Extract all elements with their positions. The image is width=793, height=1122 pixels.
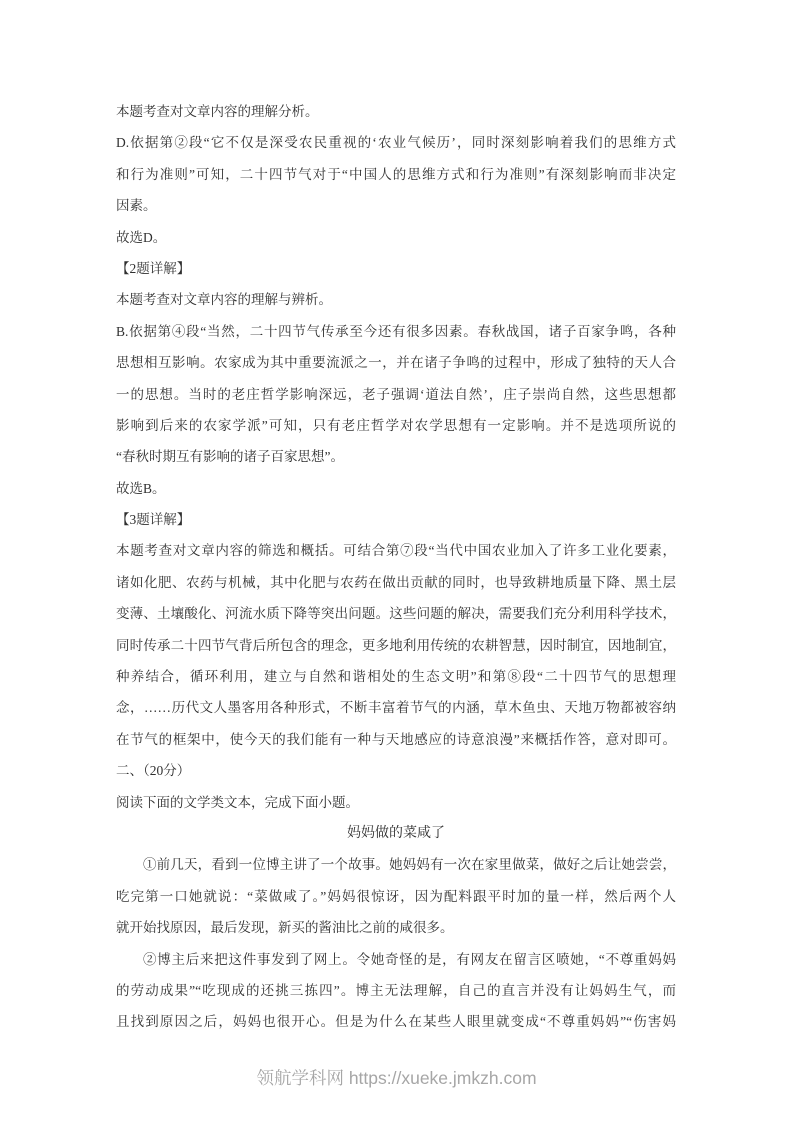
section-two-heading: 二、（20分） — [116, 755, 676, 786]
essay-paragraph-1-line: 就开始找原因，最后发现，新买的酱油比之前的咸很多。 — [116, 912, 676, 943]
option-b-analysis-line: “春秋时期互有影响的诸子百家思想”。 — [116, 441, 676, 472]
option-b-analysis-line: 影响到后来的农家学派”可知，只有老庄哲学对农学思想有一定影响。并不是选项所说的 — [116, 410, 676, 441]
option-d-analysis-line: 因素。 — [116, 190, 676, 221]
option-b-analysis-line: 一的思想。当时的老庄哲学影响深远，老子强调‘道法自然’，庄子崇尚自然，这些思想都 — [116, 379, 676, 410]
document-body: 本题考查对文章内容的理解分析。D.依据第②段“它不仅是深受农民重视的‘农业气候历… — [116, 96, 676, 1038]
watermark-text: 领航学科网 https://xueke.jmkzh.com — [256, 1068, 536, 1088]
question-3-analysis-line: 在节气的框架中，使今天的我们能有一种与天地感应的诗意浪漫”来概括作答，意对即可。 — [116, 724, 676, 755]
question-3-analysis-line: 变薄、土壤酸化、河流水质下降等突出问题。这些问题的解决，需要我们充分利用科学技术… — [116, 598, 676, 629]
watermark: 领航学科网 https://xueke.jmkzh.com — [0, 1066, 793, 1090]
question-2-heading: 【2题详解】 — [116, 253, 676, 284]
analysis-intro-line: 本题考查对文章内容的理解分析。 — [116, 96, 676, 127]
question-3-analysis-line: 同时传承二十四节气背后所包含的理念，更多地利用传统的农耕智慧，因时制宜，因地制宜… — [116, 630, 676, 661]
reading-instruction-line: 阅读下面的文学类文本，完成下面小题。 — [116, 787, 676, 818]
option-b-analysis-line: 思想相互影响。农家成为其中重要流派之一，并在诸子争鸣的过程中，形成了独特的天人合 — [116, 347, 676, 378]
essay-paragraph-2-line: 且找到原因之后，妈妈也很开心。但是为什么在某些人眼里就变成“不尊重妈妈”“伤害妈 — [116, 1006, 676, 1037]
essay-paragraph-1-line: ①前几天，看到一位博主讲了一个故事。她妈妈有一次在家里做菜，做好之后让她尝尝， — [116, 849, 676, 880]
essay-title: 妈妈做的菜咸了 — [116, 818, 676, 849]
option-d-analysis-line: D.依据第②段“它不仅是深受农民重视的‘农业气候历’，同时深刻影响着我们的思维方… — [116, 127, 676, 158]
answer-d-line: 故选D。 — [116, 222, 676, 253]
essay-paragraph-2-line: 的劳动成果”“吃现成的还挑三拣四”。博主无法理解，自己的直言并没有让妈妈生气，而 — [116, 975, 676, 1006]
option-b-analysis-line: B.依据第④段“当然，二十四节气传承至今还有很多因素。春秋战国，诸子百家争鸣，各… — [116, 316, 676, 347]
question-3-analysis-line: 种养结合，循环利用，建立与自然和谐相处的生态文明”和第⑧段“二十四节气的思想理 — [116, 661, 676, 692]
essay-paragraph-1-line: 吃完第一口她就说：“菜做咸了。”妈妈很惊讶，因为配料跟平时加的量一样，然后两个人 — [116, 881, 676, 912]
question-3-analysis-line: 念，……历代文人墨客用各种形式，不断丰富着节气的内涵，草木鱼虫、天地万物都被容纳 — [116, 692, 676, 723]
question-2-intro-line: 本题考查对文章内容的理解与辨析。 — [116, 284, 676, 315]
essay-paragraph-2-line: ②博主后来把这件事发到了网上。令她奇怪的是，有网友在留言区喷她，“不尊重妈妈 — [116, 944, 676, 975]
question-3-analysis-line: 诸如化肥、农药与机械，其中化肥与农药在做出贡献的同时，也导致耕地质量下降、黑土层 — [116, 567, 676, 598]
question-3-heading: 【3题详解】 — [116, 504, 676, 535]
answer-b-line: 故选B。 — [116, 473, 676, 504]
question-3-analysis-line: 本题考查对文章内容的筛选和概括。可结合第⑦段“当代中国农业加入了许多工业化要素， — [116, 535, 676, 566]
option-d-analysis-line: 和行为准则”可知，二十四节气对于“中国人的思维方式和行为准则”有深刻影响而非决定 — [116, 159, 676, 190]
document-page: 本题考查对文章内容的理解分析。D.依据第②段“它不仅是深受农民重视的‘农业气候历… — [0, 0, 793, 1122]
